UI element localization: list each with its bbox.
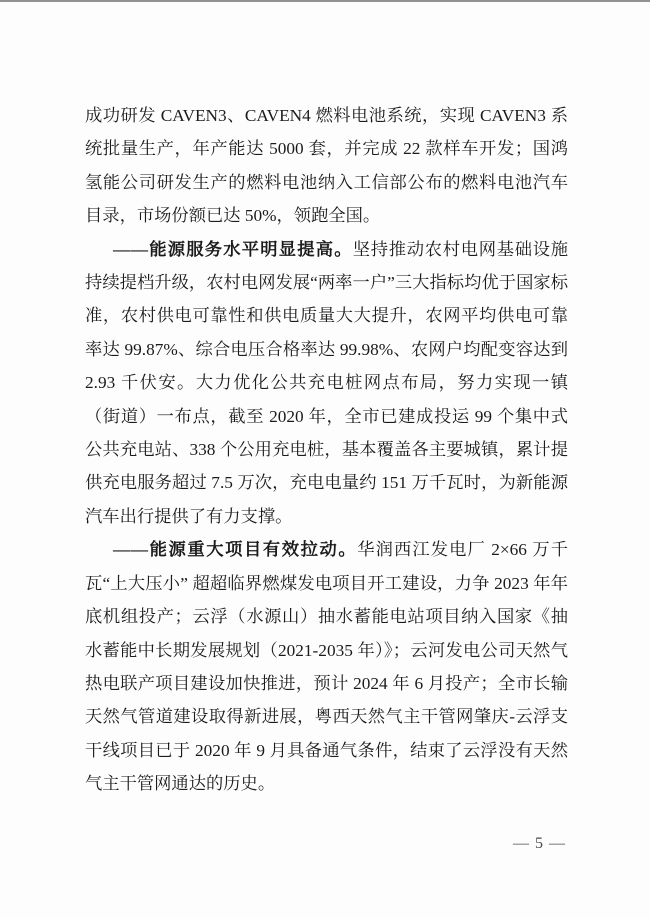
page-number: — 5 — bbox=[513, 834, 566, 854]
paragraph-text: 坚持推动农村电网基础设施持续提档升级，农村电网发展“两率一户”三大指标均优于国家… bbox=[85, 240, 568, 526]
document-page: 成功研发 CAVEN3、CAVEN4 燃料电池系统，实现 CAVEN3 系统批量… bbox=[0, 0, 650, 919]
paragraph-bold-lead: ——能源重大项目有效拉动。 bbox=[113, 540, 357, 559]
paragraph-energy-service-level: ——能源服务水平明显提高。坚持推动农村电网基础设施持续提档升级，农村电网发展“两… bbox=[85, 233, 568, 534]
paragraph-text: 成功研发 CAVEN3、CAVEN4 燃料电池系统，实现 CAVEN3 系统批量… bbox=[85, 106, 568, 225]
paragraph-fuel-cell-systems: 成功研发 CAVEN3、CAVEN4 燃料电池系统，实现 CAVEN3 系统批量… bbox=[85, 99, 568, 233]
paragraph-major-energy-projects: ——能源重大项目有效拉动。华润西江发电厂 2×66 万千瓦“上大压小” 超超临界… bbox=[85, 533, 568, 800]
scan-edge-artifact bbox=[0, 0, 650, 2]
paragraph-text: 华润西江发电厂 2×66 万千瓦“上大压小” 超超临界燃煤发电项目开工建设，力争… bbox=[85, 540, 568, 793]
paragraph-bold-lead: ——能源服务水平明显提高。 bbox=[113, 240, 353, 259]
document-body: 成功研发 CAVEN3、CAVEN4 燃料电池系统，实现 CAVEN3 系统批量… bbox=[85, 99, 568, 801]
